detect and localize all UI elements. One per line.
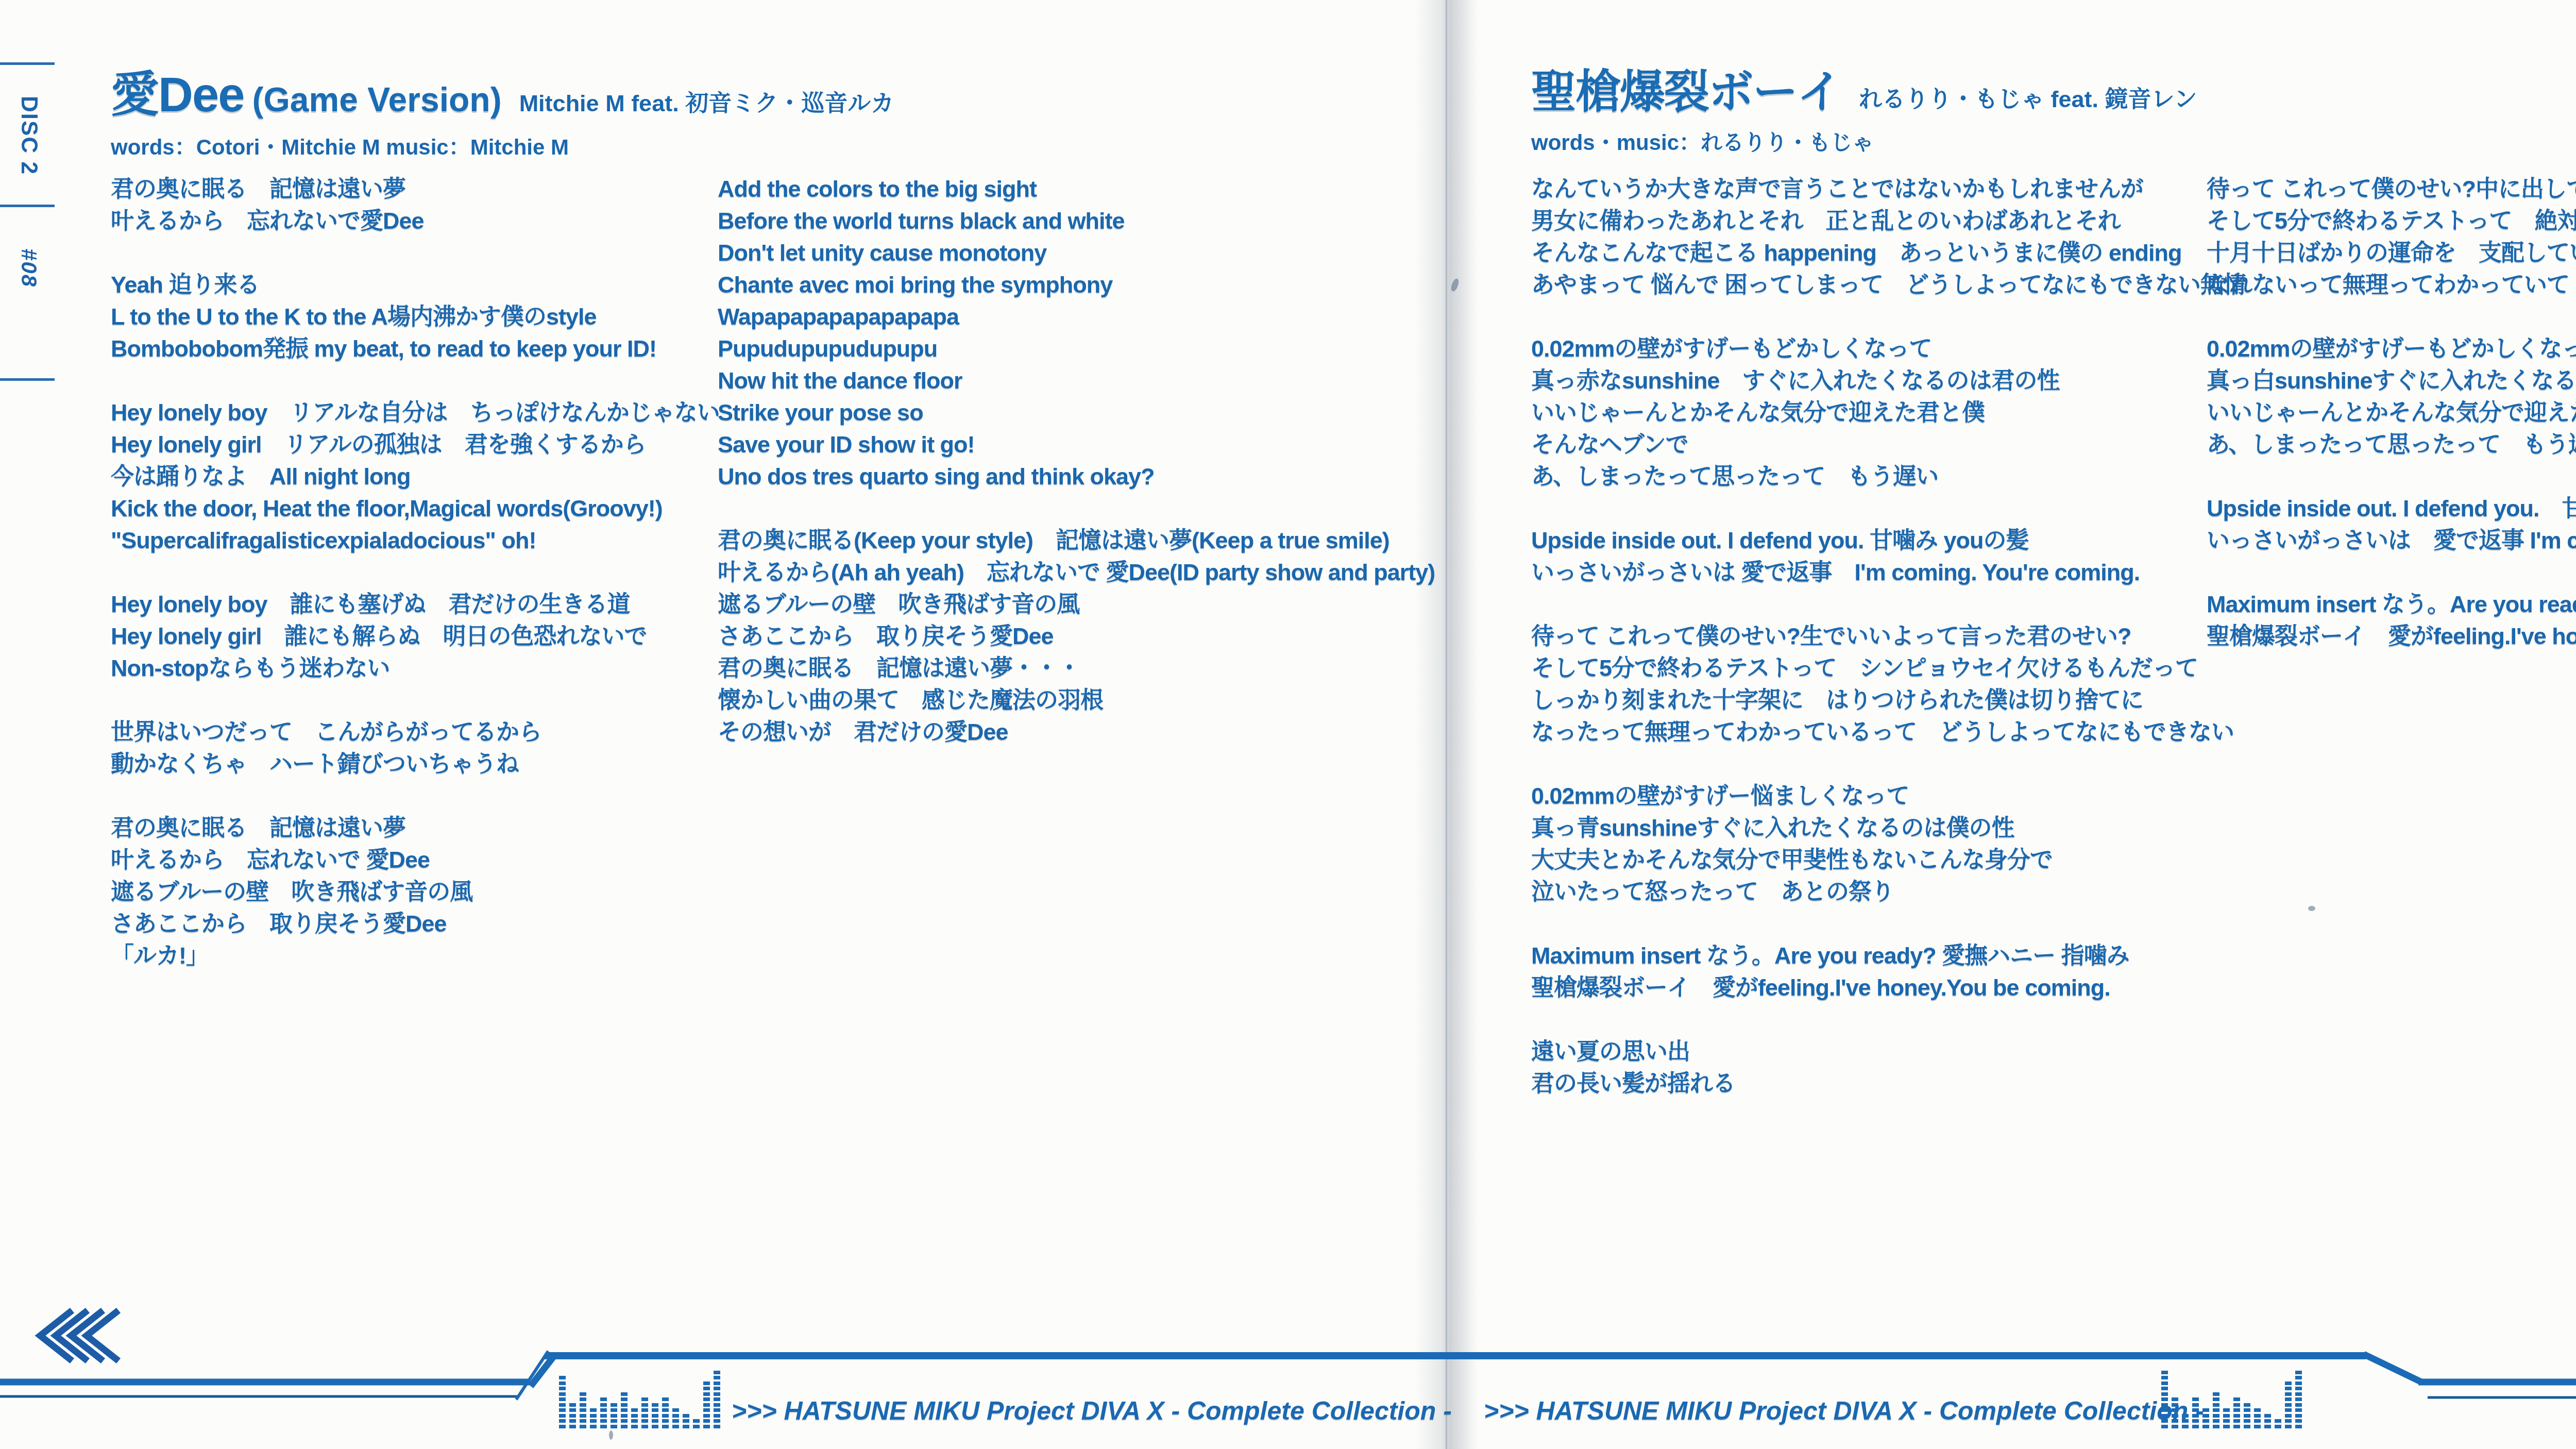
lyric-line: あ、しまったって思ったって もう遅い (1531, 461, 2246, 493)
equalizer-bar (559, 1374, 566, 1428)
equalizer-bar (672, 1407, 679, 1428)
margin-rule (0, 378, 55, 381)
booklet-spread: DISC 2 #08 DISC 2 #09 愛Dee(Game Version)… (0, 0, 2576, 1449)
equalizer-bar (2264, 1412, 2271, 1429)
lyric-line: なんていうか大きな声で言うことではないかもしれませんが (1531, 173, 2246, 205)
equalizer-bar (662, 1396, 669, 1428)
lyric-line: Yeah 迫り来る (111, 269, 720, 301)
margin-rule (0, 62, 55, 65)
footer-banner-text-left: >>> HATSUNE MIKU Project DIVA X - Comple… (732, 1392, 1452, 1429)
song-title-row: 愛Dee(Game Version)Mitchie M feat. 初音ミク・巡… (111, 56, 894, 125)
lyric-line: 叶えるから(Ah ah yeah) 忘れないで 愛Dee(ID party sh… (718, 557, 1435, 588)
lyric-line: いっさいがっさいは 愛で返事 I'm coming. You're coming… (1531, 557, 2246, 588)
lyric-line: 待って これって僕のせい?中に出してって言った君のせい? (2207, 173, 2576, 205)
song-header-seisou-bakuretsu-boy: 聖槍爆裂ボーイれるりり・もじゃ feat. 鏡音レン words・music：れ… (1531, 56, 2197, 157)
song-credits: words：Cotori・Mitchie M music：Mitchie M (111, 130, 894, 161)
lyric-line: 君の奥に眠る 記憶は遠い夢 (111, 812, 720, 844)
lyric-line: そんなこんなで起こる happening あっというまに僕の ending (1531, 237, 2246, 269)
equalizer-bar (590, 1407, 597, 1428)
song-title-row: 聖槍爆裂ボーイれるりり・もじゃ feat. 鏡音レン (1531, 56, 2197, 121)
lyric-line: Hey lonely boy リアルな自分は ちっぽけなんかじゃない (111, 397, 720, 429)
lyric-stanza: 0.02mmの壁がすげーもどかしくなって真っ白sunshineすぐに入れたくなる… (2207, 333, 2576, 461)
lyric-stanza: 0.02mmの壁がすげーもどかしくなって真っ赤なsunshine すぐに入れたく… (1531, 333, 2246, 493)
lyric-line: 叶えるから 忘れないで愛Dee (111, 205, 720, 237)
lyric-stanza: 君の奥に眠る 記憶は遠い夢叶えるから 忘れないで愛Dee (111, 173, 720, 237)
equalizer-bar (631, 1407, 638, 1428)
lyric-stanza: Add the colors to the big sightBefore th… (718, 173, 1435, 493)
lyric-line: Don't let unity cause monotony (718, 237, 1435, 269)
lyric-line: Before the world turns black and white (718, 205, 1435, 237)
equalizer-icon (559, 1366, 720, 1428)
song-title: 愛Dee (111, 68, 244, 122)
disc-label-left: DISC 2 (13, 69, 44, 203)
margin-rule (0, 205, 55, 207)
lyric-stanza: Yeah 迫り来るL to the U to the K to the A場内沸… (111, 269, 720, 365)
lyric-stanza: 待って これって僕のせい?中に出してって言った君のせい?そして5分で終わるテスト… (2207, 173, 2576, 301)
lyric-line: そして5分で終わるテストって シンピョウセイ欠けるもんだって (1531, 652, 2246, 684)
lyric-line: 世界はいつだって こんがらがってるから (111, 716, 720, 748)
equalizer-bar (693, 1418, 700, 1428)
lyric-line: Save your ID show it go! (718, 429, 1435, 461)
lyric-line: 懐かしい曲の果て 感じた魔法の羽根 (718, 684, 1435, 716)
lyric-stanza: Hey lonely boy リアルな自分は ちっぽけなんかじゃないHey lo… (111, 397, 720, 557)
lyric-line: いっさいがっさいは 愛で返事 I'm coming. You're coming… (2207, 525, 2576, 557)
fast-backward-icon (31, 1306, 155, 1366)
song-credits: words・music：れるりり・もじゃ (1531, 126, 2197, 157)
lyric-stanza: Upside inside out. I defend you. 甘噛み you… (1531, 525, 2246, 588)
lyric-line: 君の長い髪が揺れる (1531, 1068, 2246, 1100)
lyric-line: 聖槍爆裂ボーイ 愛がfeeling.I've honey.You be comi… (1531, 972, 2246, 1004)
lyric-line: Hey lonely girl 誰にも解らぬ 明日の色恐れないで (111, 620, 720, 652)
equalizer-bar (683, 1412, 689, 1429)
lyric-line: Now hit the dance floor (718, 365, 1435, 397)
lyric-line: 君の奥に眠る 記憶は遠い夢・・・ (718, 652, 1435, 684)
lyric-line: なったって無理ってわかっているって どうしよってなにもできない (1531, 716, 2246, 748)
lyric-line: Non-stopならもう迷わない (111, 652, 720, 684)
lyric-line: あやまって 悩んで 困ってしまって どうしよってなにもできない無情 (1531, 269, 2246, 301)
equalizer-bar (2161, 1369, 2168, 1429)
song-artist: Mitchie M feat. 初音ミク・巡音ルカ (519, 90, 894, 116)
equalizer-bar (2254, 1407, 2261, 1428)
lyrics-column: 君の奥に眠る 記憶は遠い夢叶えるから 忘れないで愛DeeYeah 迫り来るL t… (111, 173, 720, 1004)
equalizer-bar (2192, 1396, 2199, 1428)
lyric-line: Maximum insert なう。Are you ready? 愛撫ハニー 指… (1531, 940, 2246, 972)
track-number-left: #08 (13, 216, 44, 319)
lyric-line: 君の奥に眠る(Keep your style) 記憶は遠い夢(Keep a tr… (718, 525, 1435, 557)
page-fold-crease (1446, 0, 1447, 1449)
lyric-line: Hey lonely boy 誰にも塞げぬ 君だけの生きる道 (111, 588, 720, 620)
equalizer-bar (2202, 1407, 2209, 1428)
lyric-line: Kick the door, Heat the floor,Magical wo… (111, 493, 720, 525)
lyric-line: Maximum insert なう。Are you ready? 愛撫ハニー 指… (2207, 588, 2576, 620)
equalizer-bar (652, 1402, 658, 1429)
lyric-line: 「ルカ!」 (111, 940, 720, 972)
lyric-line: いいじゃーんとかそんな気分で迎えた君と僕 (1531, 397, 2246, 429)
equalizer-bar (569, 1402, 576, 1429)
lyric-line: 0.02mmの壁がすげーもどかしくなって (1531, 333, 2246, 365)
lyric-stanza: 君の奥に眠る(Keep your style) 記憶は遠い夢(Keep a tr… (718, 525, 1435, 748)
lyric-stanza: 遠い夏の思い出君の長い髪が揺れる (1531, 1036, 2246, 1100)
lyric-line: 0.02mmの壁がすげー悩ましくなって (1531, 780, 2246, 812)
lyric-line: 真っ赤なsunshine すぐに入れたくなるのは君の性 (1531, 365, 2246, 397)
scan-speck (609, 1430, 613, 1440)
equalizer-bar (2213, 1391, 2219, 1429)
equalizer-bar (2172, 1396, 2178, 1428)
lyric-line: あ、しまったって思ったって もう遅い (2207, 429, 2576, 461)
song-artist: れるりり・もじゃ feat. 鏡音レン (1859, 86, 2197, 112)
footer-banner-text-right: >>> HATSUNE MIKU Project DIVA X - Comple… (1484, 1392, 2204, 1429)
lyric-stanza: 待って これって僕のせい?生でいいよって言った君のせい?そして5分で終わるテスト… (1531, 620, 2246, 748)
equalizer-bar (2223, 1407, 2230, 1428)
lyric-stanza: Maximum insert なう。Are you ready? 愛撫ハニー 指… (1531, 940, 2246, 1004)
equalizer-bar (714, 1369, 720, 1429)
equalizer-bar (641, 1396, 648, 1428)
lyrics-column: なんていうか大きな声で言うことではないかもしれませんが男女に備わったあれとそれ … (1531, 173, 2246, 1132)
equalizer-bar (2182, 1412, 2189, 1429)
lyric-line: いいじゃーんとかそんな気分で迎えた君と僕 そんなヘブンで (2207, 397, 2576, 429)
equalizer-bar (2275, 1418, 2281, 1428)
equalizer-bar (2244, 1402, 2250, 1429)
lyric-line: 真っ白sunshineすぐに入れたくなるのは君の性 (2207, 365, 2576, 397)
lyric-line: 真っ青sunshineすぐに入れたくなるのは僕の性 (1531, 812, 2246, 844)
lyric-line: Add the colors to the big sight (718, 173, 1435, 205)
lyric-line: 泣いたって怒ったって あとの祭り (1531, 876, 2246, 908)
lyric-line: "Supercalifragalisticexpialadocious" oh! (111, 525, 720, 557)
lyric-line: なれないって無理ってわかっていて 結局何も解決してない (2207, 269, 2576, 301)
scan-speck (2308, 906, 2315, 911)
lyric-line: 遮るブルーの壁 吹き飛ばす音の風 (111, 876, 720, 908)
lyric-line: 叶えるから 忘れないで 愛Dee (111, 844, 720, 876)
equalizer-bar (2295, 1369, 2302, 1429)
equalizer-bar (611, 1402, 617, 1429)
lyric-line: そして5分で終わるテストって 絶対的二元論だって (2207, 205, 2576, 237)
lyrics-column: Add the colors to the big sightBefore th… (718, 173, 1435, 780)
lyric-line: 遠い夏の思い出 (1531, 1036, 2246, 1068)
lyric-line: Wapapapapapapapapa (718, 301, 1435, 333)
lyric-stanza: Hey lonely boy 誰にも塞げぬ 君だけの生きる道Hey lonely… (111, 588, 720, 684)
equalizer-bar (600, 1396, 607, 1428)
lyric-line: Uno dos tres quarto sing and think okay? (718, 461, 1435, 493)
lyric-line: その想いが 君だけの愛Dee (718, 716, 1435, 748)
lyrics-column: 待って これって僕のせい?中に出してって言った君のせい?そして5分で終わるテスト… (2207, 173, 2576, 684)
lyric-line: Upside inside out. I defend you. 甘噛み you… (1531, 525, 2246, 557)
equalizer-icon (2161, 1366, 2302, 1428)
lyric-line: 動かなくちゃ ハート錆びついちゃうね (111, 748, 720, 780)
lyric-stanza: 世界はいつだって こんがらがってるから動かなくちゃ ハート錆びついちゃうね (111, 716, 720, 780)
lyric-line: Bombobobom発振 my beat, to read to keep yo… (111, 333, 720, 365)
lyric-line: さあここから 取り戻そう愛Dee (111, 908, 720, 940)
lyric-line: 聖槍爆裂ボーイ 愛がfeeling.I've honey.You be comi… (2207, 620, 2576, 652)
lyric-stanza: 君の奥に眠る 記憶は遠い夢叶えるから 忘れないで 愛Dee遮るブルーの壁 吹き飛… (111, 812, 720, 972)
song-title-suffix: (Game Version) (252, 80, 501, 119)
lyric-stanza: Upside inside out. I defend you. 甘噛み you… (2207, 493, 2576, 557)
equalizer-bar (2285, 1380, 2292, 1429)
lyric-line: 十月十日ばかりの運命を 支配している僕は神様に (2207, 237, 2576, 269)
lyric-line: Hey lonely girl リアルの孤独は 君を強くするから (111, 429, 720, 461)
lyric-stanza: Maximum insert なう。Are you ready? 愛撫ハニー 指… (2207, 588, 2576, 652)
lyric-line: Upside inside out. I defend you. 甘噛み you… (2207, 493, 2576, 525)
lyric-line: 大丈夫とかそんな気分で甲斐性もないこんな身分で (1531, 844, 2246, 876)
equalizer-bar (580, 1391, 586, 1429)
lyric-line: 遮るブルーの壁 吹き飛ばす音の風 (718, 588, 1435, 620)
lyric-line: 君の奥に眠る 記憶は遠い夢 (111, 173, 720, 205)
lyric-stanza: 0.02mmの壁がすげー悩ましくなって真っ青sunshineすぐに入れたくなるの… (1531, 780, 2246, 908)
lyric-line: Pupudupupudupupu (718, 333, 1435, 365)
song-title: 聖槍爆裂ボーイ (1531, 66, 1841, 117)
lyric-line: そんなヘブンで (1531, 429, 2246, 461)
lyric-line: さあここから 取り戻そう愛Dee (718, 620, 1435, 652)
lyric-line: しっかり刻まれた十字架に はりつけられた僕は切り捨てに (1531, 684, 2246, 716)
lyric-line: 待って これって僕のせい?生でいいよって言った君のせい? (1531, 620, 2246, 652)
lyric-line: 男女に備わったあれとそれ 正と乱とのいわばあれとそれ (1531, 205, 2246, 237)
equalizer-bar (2233, 1396, 2240, 1428)
lyric-line: Strike your pose so (718, 397, 1435, 429)
lyric-stanza: なんていうか大きな声で言うことではないかもしれませんが男女に備わったあれとそれ … (1531, 173, 2246, 301)
equalizer-bar (621, 1391, 628, 1429)
lyric-line: L to the U to the K to the A場内沸かす僕のstyle (111, 301, 720, 333)
lyric-line: 今は踊りなよ All night long (111, 461, 720, 493)
lyric-line: Chante avec moi bring the symphony (718, 269, 1435, 301)
lyric-line: 0.02mmの壁がすげーもどかしくなって (2207, 333, 2576, 365)
song-header-ai-dee: 愛Dee(Game Version)Mitchie M feat. 初音ミク・巡… (111, 56, 894, 161)
equalizer-bar (703, 1380, 710, 1429)
